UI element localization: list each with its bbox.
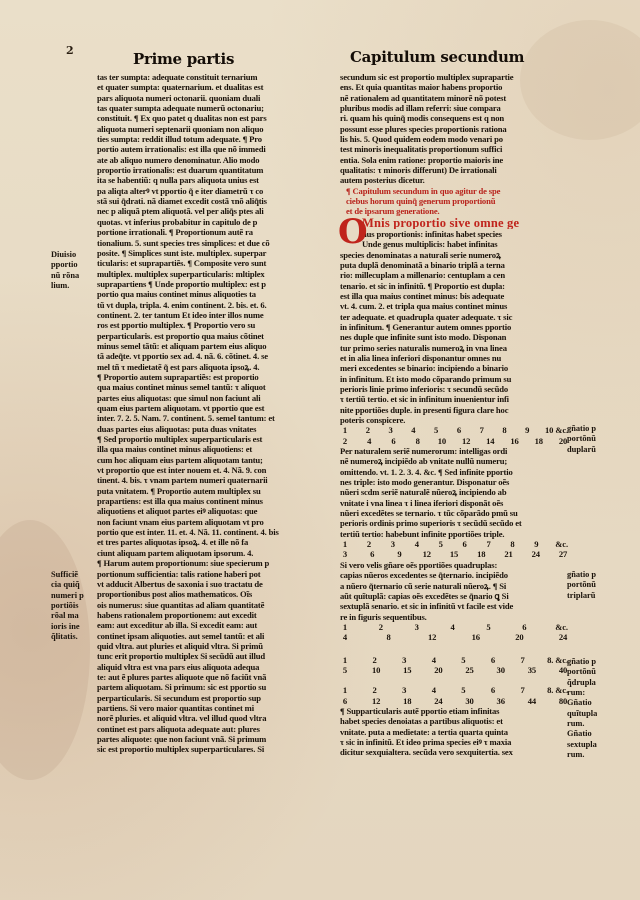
text-line: τ tertiũ tertio. et sic in infinitum inu… [340,394,576,404]
margin-note-sufficientia: Sufficiẽcia quiq̃numeri pportiõisrõal ma… [51,570,84,642]
number-cell: 7 [518,685,528,695]
text-line: nite pportiões duple. in presenti figura… [340,405,576,415]
chapter-rubric-heading: ¶ Capitulum secundum in quo agitur de sp… [340,186,576,217]
text-line: aũt quĩtuplã: capias oẽs excedẽtes se q̃… [340,591,576,601]
number-cell: 30 [465,696,475,706]
text-line: puta vnitatem. ¶ Proportio autem multipl… [97,486,329,496]
margin-note-duplarum: gñatio pportõnũduplarũ [567,424,596,455]
margin-note-line: portõnũ [567,434,596,444]
text-line: nẽ rationalem ad quantitatem minorẽ nõ p… [340,93,576,103]
number-cell: 3 [386,425,396,435]
number-cell: 4 [429,655,439,665]
number-row-bottom: 4812162024 [340,632,576,642]
text-line: portio que est inter. 11. et. 4. Nã. 11.… [97,527,329,537]
text-line: et in alia linea inferiori disponantur o… [340,353,576,363]
incipit-line: Mnis proportio sive omne ge [340,217,576,229]
text-line: quam eius partem aliquotam. vt pportio q… [97,403,329,413]
number-cell: 1 [340,685,350,695]
number-cell: 6 [454,425,464,435]
text-line: continet est pars aliquota adequate aut:… [97,724,329,734]
number-row-top: 123456&c. [340,622,576,632]
text-line: partem aliquotam. Si primum: sic est ppo… [97,682,329,692]
text-line: portio qua maius continet minus aliquoti… [97,289,329,299]
margin-note-line: gñatio p [567,570,596,580]
text-line: habens rationalem proportionem: aut exce… [97,610,329,620]
text-line: nẽ numeroꝝ incipiẽdo ab vnitate nullũ nu… [340,456,576,466]
running-head-right: Capitulum secundum [350,48,524,66]
text-line: illa qua maius continet minus aliquotien… [97,444,329,454]
text-line: τ sic in infinitũ. Et ideo prima species… [340,737,576,747]
text-line: aliquid vltra est vna pars eius aliquota… [97,662,329,672]
text-line: omittendo. vt. 1. 2. 3. 4. &c. ¶ Sed inf… [340,467,576,477]
number-cell: 4 [429,685,439,695]
number-cell: 1 [340,425,350,435]
text-line: eam: aut exceditur ab illa. Si excedit e… [97,620,329,630]
text-line: dicitur sexquialtera. secũda vero sexqui… [340,747,576,757]
text-line: multiplex. multiplex superparticularis: … [97,269,329,279]
text-line: inter. 7. 2. 5. Nam. 7. continent. 5. se… [97,413,329,423]
margin-note-line: duplarũ [567,445,596,455]
text-line: norẽ pluries. et aliquid vltra. vel illu… [97,713,329,723]
number-cell: 3 [388,539,398,549]
text-line: ¶ Harum autem proportionum: siue specier… [97,558,329,568]
number-cell: 12 [422,549,432,559]
number-cell: 5 [458,655,468,665]
margin-note-line: portõnũ [567,580,596,590]
text-line: qua maius continet minus semel tantũ: τ … [97,382,329,392]
decorated-initial: O [338,217,367,247]
number-row-top: 123456789&c. [340,539,576,549]
number-cell: 20 [514,632,524,642]
number-cell: 25 [465,665,475,675]
text-line: ens. Et quia quantitas maior habens prop… [340,82,576,92]
text-line: Si vero velis gñare oẽs pportiões quadru… [340,560,576,570]
number-cell: 6 [367,549,377,559]
text-line: tũ vt dupla, tripla. 4. enim continent. … [97,300,329,310]
number-cell: 8. &c. [547,685,568,695]
triple-table: 123456789&c.369121518212427 [340,539,576,560]
paper-stain [0,520,90,780]
text-line: te: aut ẽ plures partes aliquote que nõ … [97,672,329,682]
text-line: minus semel tãtũ: et aliquam partem eius… [97,341,329,351]
number-cell: 5 [458,685,468,695]
number-row-top: 12345678910 &c. [340,425,576,435]
number-cell: 8 [413,436,423,446]
number-cell: 6 [388,436,398,446]
text-line: ciunt aliquam partem aliquotam ipsorum. … [97,548,329,558]
number-cell: 35 [527,665,537,675]
margin-note-line: rum: [567,688,597,698]
margin-note-line: Gñatio [567,729,597,739]
margin-note-line: rõal ma [51,611,84,621]
number-cell: 2 [376,622,386,632]
number-cell: &c. [555,539,568,549]
number-cell: 16 [471,632,481,642]
text-line: a nũero q̃ternario cũ serie naturali nũe… [340,581,576,591]
text-line: portio autem irrationalis: est illa que … [97,144,329,154]
duple-table: 12345678910 &c.2468101214161820 [340,425,576,446]
margin-note-line: rum. [567,750,597,760]
text-line: sic est proportio multiplex superparticu… [97,744,329,754]
number-row-bottom: 369121518212427 [340,549,576,559]
text-line: tã adeq̃te. vt pportio sex ad. 4. nã. 6.… [97,351,329,361]
text-line: est illa qua maius continet minus: bis a… [340,291,576,301]
number-cell: 9 [395,549,405,559]
text-line: quid vltra. aut pluries et aliquid vltra… [97,641,329,651]
number-cell: &c. [555,622,568,632]
text-line: tenario. et sic in infinitũ. ¶ Proportio… [340,281,576,291]
text-line: ita se habentiũ: q nulla pars aliquota u… [97,175,329,185]
quadruple-generation-text: Si vero velis gñare oẽs pportiões quadru… [340,560,576,622]
text-line: in infinitum. Et isto modo cõparando pri… [340,374,576,384]
number-cell: 12 [461,436,471,446]
number-cell: 3 [399,685,409,695]
text-line: perioris ordinis primo superioris τ secũ… [340,518,576,528]
number-cell: 4 [340,632,350,642]
text-line: partes eius aliquotas: que simul non fac… [97,393,329,403]
text-line: possunt esse plures species proportionis… [340,124,576,134]
number-cell: 18 [402,696,412,706]
number-cell: 2 [363,425,373,435]
number-cell: 24 [558,632,568,642]
text-line: perioris linie primo inferioris: τ secun… [340,384,576,394]
number-cell: 15 [449,549,459,559]
number-cell: 10 [437,436,447,446]
number-cell: 10 [371,665,381,675]
text-line: tionalium. 5. sunt species tres simplice… [97,238,329,248]
left-column: tas ter sumpta: adequate constituit tern… [97,72,329,755]
margin-note-line: Diuisio [51,250,79,260]
number-cell: 36 [496,696,506,706]
text-line: constituit. ¶ Ex quo patet q dualitas no… [97,113,329,123]
text-line: tinent. 4. bis. τ vnam partem numeri qua… [97,475,329,485]
number-cell: 6 [488,655,498,665]
text-line: quotas. vt inferius probabitur in capitu… [97,217,329,227]
right-column: secundum sic est proportio multiplex sup… [340,72,576,758]
text-line: nec p aliquã ptem aliquotã. vel per aliq… [97,206,329,216]
text-line: partiens. Si vero maior quantitas contin… [97,703,329,713]
number-cell: 2 [370,685,380,695]
text-line: rio: millecuplam a millenario: centuplam… [340,270,576,280]
quadruple-table: 123456&c.4812162024 [340,622,576,643]
margin-note-line: portiõis [51,601,84,611]
text-line: tas ter sumpta: adequate constituit tern… [97,72,329,82]
text-line: vt adducit Albertus de saxonia i suo tra… [97,579,329,589]
number-cell: 1 [340,655,350,665]
text-line: sextuplã senario. et sic in infinitũ vt … [340,601,576,611]
text-line: perparticularis. Si secundum est proport… [97,693,329,703]
number-cell: 3 [399,655,409,665]
number-cell: 9 [531,539,541,549]
rubric-line: ciebus horum quinq̃ generum proportionũ [346,196,576,206]
margin-note-line: ioris ine [51,622,84,632]
number-row-top: 12345678. &c. [340,685,576,695]
text-line: pa aliqta alterꝰ vt pportio q̃ e iter di… [97,186,329,196]
number-cell: 3 [340,549,350,559]
text-line: habet species denoiatas a partibus aliqu… [340,716,576,726]
number-cell: 21 [504,549,514,559]
number-cell: 2 [364,539,374,549]
number-cell: 3 [412,622,422,632]
text-line: Unde genus multiplicis: habet infinitas [340,239,576,249]
text-line: poteris conspicere. [340,415,576,425]
margin-note-line: q̃drupla [567,678,597,688]
number-cell: 1 [340,539,350,549]
text-line: tunc erit proportio multiplex Si secũdũ … [97,651,329,661]
text-line: nus proportionis: infinitas habet specie… [340,229,576,239]
text-line: mel tñ τ medietatẽ q̃ est pars aliquota … [97,362,329,372]
margin-note-line: gñatio p [567,657,597,667]
book-page: 2 Prime partis Capitulum secundum tas te… [0,0,640,900]
text-line: pluribus modis ad illam referri: siue co… [340,103,576,113]
text-line: vnitate i vna linea τ i linea iferiori d… [340,498,576,508]
text-line: nũeri excedẽtes se ternario. τ tũc cõpar… [340,508,576,518]
text-line: test minoris inequalitatis proportionum … [340,144,576,154]
triple-generation-text: Per naturalem seriẽ numerorum: intelliga… [340,446,576,539]
number-cell: 10 &c. [545,425,568,435]
text-line: vt. 4. cum. 2. et tripla qua maius conti… [340,301,576,311]
number-cell: 8 [499,425,509,435]
number-cell: 20 [433,665,443,675]
chapter-body: nus proportionis: infinitas habet specie… [340,229,576,426]
number-cell: 4 [448,622,458,632]
text-line: ¶ Sed proportio multiplex superparticula… [97,434,329,444]
number-cell: 30 [496,665,506,675]
text-line: re in figuris sequentibus. [340,612,576,622]
text-line: nes triple: isto modo generantur. Dispon… [340,477,576,487]
text-line: puta duplã denominatã a binario triplã a… [340,260,576,270]
text-line: prapartiens: est illa qua maius continen… [97,496,329,506]
text-line: et tres partes aliquotas ipsoꝝ. 4. et il… [97,537,329,547]
text-line: tur primo series naturalis numeroꝝ in vn… [340,343,576,353]
number-cell: 6 [519,622,529,632]
number-cell: 15 [402,665,412,675]
text-line: secundum sic est proportio multiplex sup… [340,72,576,82]
text-line: proportionibus post alios mathematicos. … [97,589,329,599]
text-line: perparticularis. est proportio qua maius… [97,331,329,341]
text-line: pars aliquota numeri octonarii. quoniam … [97,93,329,103]
text-line: suprapartiens ¶ Unde proportio multiplex… [97,279,329,289]
number-row-bottom: 612182430364480 [340,696,576,706]
text-line: cum hoc aliquam eius partem aliquotam ta… [97,455,329,465]
text-line: continet ipsam aliquoties. aut semel tan… [97,631,329,641]
folio-mark: 2 [66,44,74,57]
text-line: in infinitum. ¶ Generantur autem omnes p… [340,322,576,332]
right-column-intro: secundum sic est proportio multiplex sup… [340,72,576,186]
text-line: lis his. 5. Quod quidem eodem modo venar… [340,134,576,144]
number-cell: 7 [484,539,494,549]
number-cell: 24 [531,549,541,559]
number-cell: 24 [433,696,443,706]
margin-note-line: quĩtupla [567,709,597,719]
number-row-bottom: 510152025303540 [340,665,576,675]
number-cell: 6 [460,539,470,549]
text-line: meri excedentes se binario: incipiendo a… [340,363,576,373]
number-cell: 27 [558,549,568,559]
text-line: ter adequate. et quadrupla quater adequa… [340,312,576,322]
text-line: tertiũ tertio: habebunt infinite pportiõ… [340,529,576,539]
number-cell: 6 [488,685,498,695]
text-line: et quater sumpta: quaternarium. et duali… [97,82,329,92]
margin-note-line: cia quiq̃ [51,580,84,590]
text-line: ties sumpta: reddit illud totum adequate… [97,134,329,144]
margin-note-triplarum: gñatio pportõnũtriplarũ [567,570,596,601]
number-cell: 5 [436,539,446,549]
number-cell: 16 [510,436,520,446]
number-cell: 14 [485,436,495,446]
number-cell: 2 [340,436,350,446]
text-line: portione irrationali. ¶ Proportionum aut… [97,227,329,237]
number-cell: 44 [527,696,537,706]
number-cell: 4 [408,425,418,435]
text-line: vt proportio que est inter nouem et. 4. … [97,465,329,475]
margin-note-line: rum. [567,719,597,729]
number-cell: 8 [507,539,517,549]
text-line: ri. quam his quinq̃ modis consequens est… [340,113,576,123]
margin-note-line: lium. [51,281,79,291]
text-line: entia. Sola enim ratione: proportio maio… [340,155,576,165]
text-line: autem posterius dicetur. [340,175,576,185]
text-line: aliquota numeri septenarii quoniam non a… [97,124,329,134]
margin-note-line: sextupla [567,740,597,750]
text-line: nes duple que infinite sunt isto modo. D… [340,332,576,342]
number-cell: 18 [476,549,486,559]
text-line: duas partes eius aliquotas: puta duas vn… [97,424,329,434]
margin-note-line: q̃litatis. [51,632,84,642]
rubric-line: et de ipsarum generatione. [346,206,576,216]
margin-note-line: triplarũ [567,591,596,601]
number-cell: 5 [340,665,350,675]
number-cell: 8 [384,632,394,642]
margin-note-line: nũ rõna [51,271,79,281]
number-cell: 5 [484,622,494,632]
margin-note-quadruplarum: gñatio pportõnũq̃druplarum:Gñatioquĩtupl… [567,657,597,760]
number-cell: 7 [477,425,487,435]
number-row-bottom: 2468101214161820 [340,436,576,446]
rubric-line: ¶ Capitulum secundum in quo agitur de sp… [346,186,576,196]
text-line: proportio irrationalis: est duarum quant… [97,165,329,175]
text-line: ticularis: et suprapartiẽs. ¶ Composite … [97,258,329,268]
number-cell: 9 [522,425,532,435]
number-cell: 4 [412,539,422,549]
text-line: species denominatas a naturali serie num… [340,250,576,260]
text-line: non faciunt vnam eius partem aliquotam v… [97,517,329,527]
number-cell: 2 [370,655,380,665]
number-cell: 6 [340,696,350,706]
text-line: capias nũeros excedentes se q̃ternario. … [340,570,576,580]
number-cell: 1 [340,622,350,632]
text-line: tas quater sumpta adequate numerũ octona… [97,103,329,113]
margin-note-line: gñatio p [567,424,596,434]
superparticular-text: ¶ Supparticularis autẽ pportio etiam inf… [340,706,576,758]
text-line: posite. ¶ Simplices sunt iste. multiplex… [97,248,329,258]
text-line: ate ab aliquo numero denominatur. Alio m… [97,155,329,165]
text-line: qualitatis: τ minoris differunt) De irra… [340,165,576,175]
margin-note-line: Sufficiẽ [51,570,84,580]
chapter-opening: O Mnis proportio sive omne ge nus propor… [340,217,576,426]
margin-note-line: pportio [51,260,79,270]
number-row-top: 12345678. &c. [340,655,576,665]
text-line: nũeri scdm seriẽ naturalẽ nũeroꝝ incipie… [340,487,576,497]
number-cell: 7 [518,655,528,665]
number-cell: 12 [371,696,381,706]
margin-note-divisio: Diuisiopportionũ rõnalium. [51,250,79,291]
text-line: vnitate. puta a medietate: a tertia quar… [340,727,576,737]
text-line: portionum sufficientia: talis ratione ha… [97,569,329,579]
number-cell: 18 [534,436,544,446]
number-cell: 12 [427,632,437,642]
text-line: ois numerus: siue quantitas ad aliam qua… [97,600,329,610]
running-head-left: Prime partis [133,50,234,68]
text-line: ros est pportio multiplex. ¶ Proportio v… [97,320,329,330]
margin-note-line: portõnũ [567,667,597,677]
text-line: partes aliquote: que non faciunt vnã. Si… [97,734,329,744]
number-cell: 5 [431,425,441,435]
number-cell: 8. &c. [547,655,568,665]
margin-note-line: Gñatio [567,698,597,708]
margin-note-line: numeri p [51,591,84,601]
sextuple-table: 12345678. &c.612182430364480 [340,685,576,706]
text-line: stã sui q̃drati. nã diamet excedit costã… [97,196,329,206]
number-cell: 4 [364,436,374,446]
text-line: ¶ Proportio autem suprapartiẽs: est prop… [97,372,329,382]
text-line: Per naturalem seriẽ numerorum: intelliga… [340,446,576,456]
text-line: continent. 2. ter tantum Et ideo inter i… [97,310,329,320]
text-line: aliquotiens et aliquot partes eiꝰ aliquo… [97,506,329,516]
quintuple-table: 12345678. &c.510152025303540 [340,655,576,676]
text-line: ¶ Supparticularis autẽ pportio etiam inf… [340,706,576,716]
